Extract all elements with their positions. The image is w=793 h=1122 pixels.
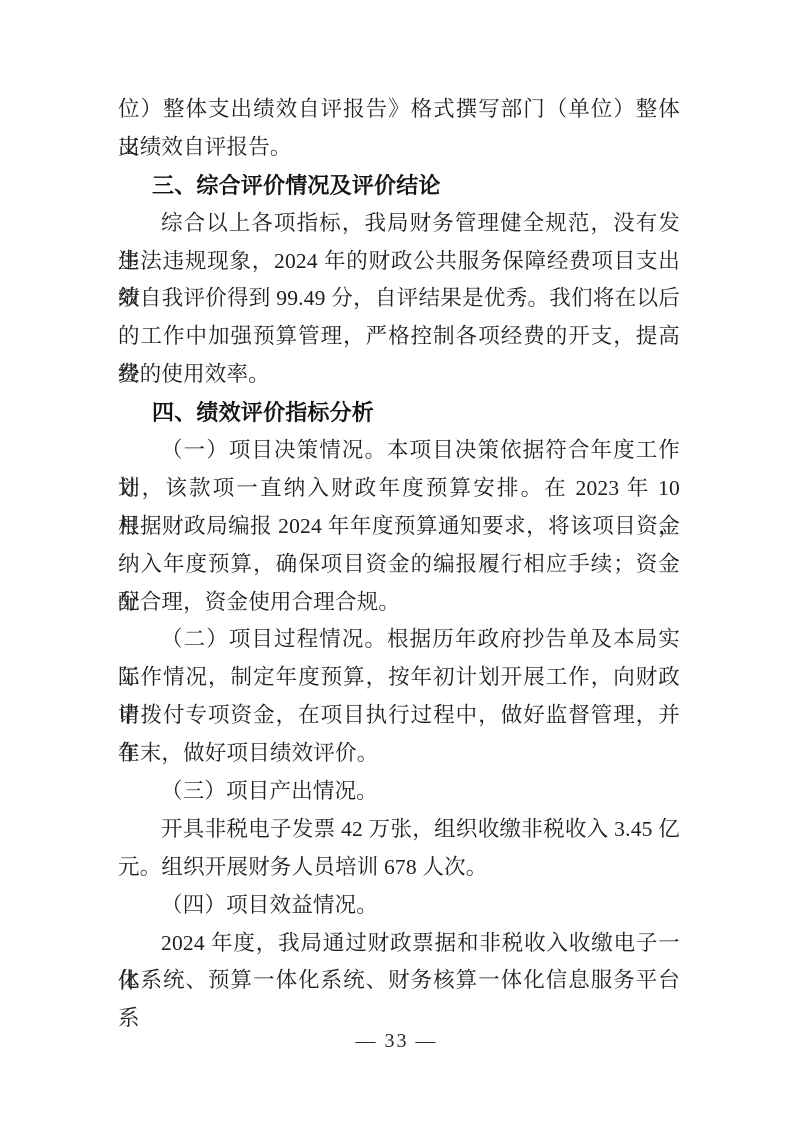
- text-line: 年末，做好项目绩效评价。: [118, 735, 680, 773]
- document-body: 位）整体支出绩效自评报告》格式撰写部门（单位）整体支 出绩效自评报告。 三、综合…: [118, 91, 680, 1000]
- text-line: 综合以上各项指标，我局财务管理健全规范，没有发生: [118, 205, 680, 243]
- text-line: 出绩效自评报告。: [118, 129, 680, 167]
- text-line: 2024 年度，我局通过财政票据和非税收入收缴电子一体: [118, 925, 680, 963]
- section-heading-4: 四、绩效评价指标分析: [118, 394, 680, 432]
- text-line: 违法违规现象，2024 年的财政公共服务保障经费项目支出绩: [118, 243, 680, 281]
- text-line: 效自我评价得到 99.49 分，自评结果是优秀。我们将在以后: [118, 280, 680, 318]
- text-line: 配合理，资金使用合理合规。: [118, 584, 680, 622]
- subsection-heading-3: （三）项目产出情况。: [118, 773, 680, 811]
- text-line: 化系统、预算一体化系统、财务核算一体化信息服务平台系: [118, 962, 680, 1000]
- section-heading-3: 三、综合评价情况及评价结论: [118, 167, 680, 205]
- text-line: 请拨付专项资金，在项目执行过程中，做好监督管理，并在: [118, 697, 680, 735]
- text-line: （二）项目过程情况。根据历年政府抄告单及本局实际: [118, 621, 680, 659]
- text-line: 位）整体支出绩效自评报告》格式撰写部门（单位）整体支: [118, 91, 680, 129]
- text-line: 费的使用效率。: [118, 356, 680, 394]
- page-footer: — 33 —: [0, 1030, 793, 1053]
- text-line: 开具非税电子发票 42 万张，组织收缴非税收入 3.45 亿: [118, 811, 680, 849]
- text-line: 根据财政局编报 2024 年年度预算通知要求，将该项目资金: [118, 508, 680, 546]
- text-line: 划，该款项一直纳入财政年度预算安排。在 2023 年 10 月，: [118, 470, 680, 508]
- text-line: 工作情况，制定年度预算，按年初计划开展工作，向财政申: [118, 659, 680, 697]
- text-line: （一）项目决策情况。本项目决策依据符合年度工作计: [118, 432, 680, 470]
- subsection-heading-4: （四）项目效益情况。: [118, 887, 680, 925]
- text-line: 的工作中加强预算管理，严格控制各项经费的开支，提高经: [118, 318, 680, 356]
- text-line: 元。组织开展财务人员培训 678 人次。: [118, 849, 680, 887]
- text-line: 纳入年度预算，确保项目资金的编报履行相应手续；资金分: [118, 546, 680, 584]
- page-number: — 33 —: [356, 1030, 438, 1052]
- document-page: 位）整体支出绩效自评报告》格式撰写部门（单位）整体支 出绩效自评报告。 三、综合…: [0, 0, 793, 1122]
